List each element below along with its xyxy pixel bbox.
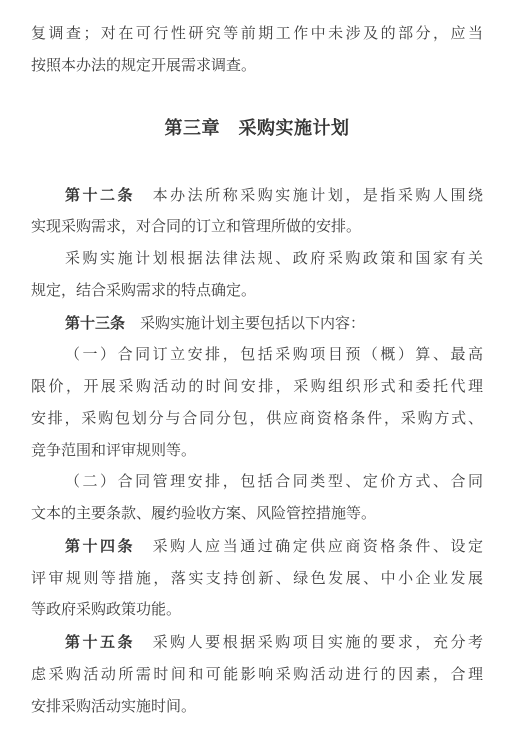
line-text: 采购实施计划根据法律法规、政府采购政策和国家有关 [65,251,483,267]
text-line: 复调查；对在可行性研究等前期工作中未涉及的部分，应当 [31,19,483,51]
line-text: 本办法所称采购实施计划，是指采购人围绕 [135,188,483,204]
body-text-block: 第十二条 本办法所称采购实施计划，是指采购人围绕实现采购需求，对合同的订立和管理… [31,180,483,724]
line-text: 限价，开展采购活动的时间安排，采购组织形式和委托代理 [31,379,483,395]
chapter-heading: 第三章 采购实施计划 [31,112,483,144]
line-text: 评审规则等措施，落实支持创新、绿色发展、中小企业发展 [31,571,483,587]
line-text: 采购人应当通过确定供应商资格条件、设定 [135,539,483,555]
article-number: 第十二条 [65,187,135,204]
text-line: （一）合同订立安排，包括采购项目预（概）算、最高 [31,340,483,372]
article-number: 第十三条 [65,315,125,332]
text-line: 实现采购需求，对合同的订立和管理所做的安排。 [31,212,483,244]
article-number: 第十四条 [65,538,135,555]
line-text: （二）合同管理安排，包括合同类型、定价方式、合同 [65,474,483,490]
text-line: 安排采购活动实施时间。 [31,692,483,724]
text-line: 规定，结合采购需求的特点确定。 [31,276,483,308]
line-text: （一）合同订立安排，包括采购项目预（概）算、最高 [65,347,483,363]
text-line: 文本的主要条款、履约验收方案、风险管控措施等。 [31,499,483,531]
text-line: 竞争范围和评审规则等。 [31,436,483,468]
line-text: 文本的主要条款、履约验收方案、风险管控措施等。 [31,506,376,522]
text-line: 评审规则等措施，落实支持创新、绿色发展、中小企业发展 [31,564,483,596]
line-text: 安排，采购包划分与合同分包，供应商资格条件，采购方式、 [31,411,483,427]
line-text: 采购实施计划主要包括以下内容： [125,316,365,332]
line-text: 实现采购需求，对合同的订立和管理所做的安排。 [31,219,361,235]
text-line: 安排，采购包划分与合同分包，供应商资格条件，采购方式、 [31,404,483,436]
text-line: 第十四条 采购人应当通过确定供应商资格条件、设定 [31,531,483,564]
text-line: 按照本办法的规定开展需求调查。 [31,51,483,83]
line-text: 复调查；对在可行性研究等前期工作中未涉及的部分，应当 [31,26,483,42]
text-line: 等政府采购政策功能。 [31,595,483,627]
text-line: （二）合同管理安排，包括合同类型、定价方式、合同 [31,467,483,499]
document-page: 复调查；对在可行性研究等前期工作中未涉及的部分，应当按照本办法的规定开展需求调查… [0,0,511,730]
text-line: 第十五条 采购人要根据采购项目实施的要求，充分考 [31,627,483,660]
line-text: 等政府采购政策功能。 [31,602,181,618]
text-line: 第十三条 采购实施计划主要包括以下内容： [31,308,483,341]
line-text: 安排采购活动实施时间。 [31,699,196,715]
line-text: 虑采购活动所需时间和可能影响采购活动进行的因素，合理 [31,667,483,683]
text-line: 虑采购活动所需时间和可能影响采购活动进行的因素，合理 [31,660,483,692]
text-line: 限价，开展采购活动的时间安排，采购组织形式和委托代理 [31,372,483,404]
article-number: 第十五条 [65,634,135,651]
line-text: 采购人要根据采购项目实施的要求，充分考 [135,635,483,651]
line-text: 竞争范围和评审规则等。 [31,443,196,459]
line-text: 按照本办法的规定开展需求调查。 [31,58,256,74]
body-text-block: 复调查；对在可行性研究等前期工作中未涉及的部分，应当按照本办法的规定开展需求调查… [31,19,483,83]
text-line: 采购实施计划根据法律法规、政府采购政策和国家有关 [31,244,483,276]
text-line: 第十二条 本办法所称采购实施计划，是指采购人围绕 [31,180,483,213]
line-text: 规定，结合采购需求的特点确定。 [31,283,256,299]
